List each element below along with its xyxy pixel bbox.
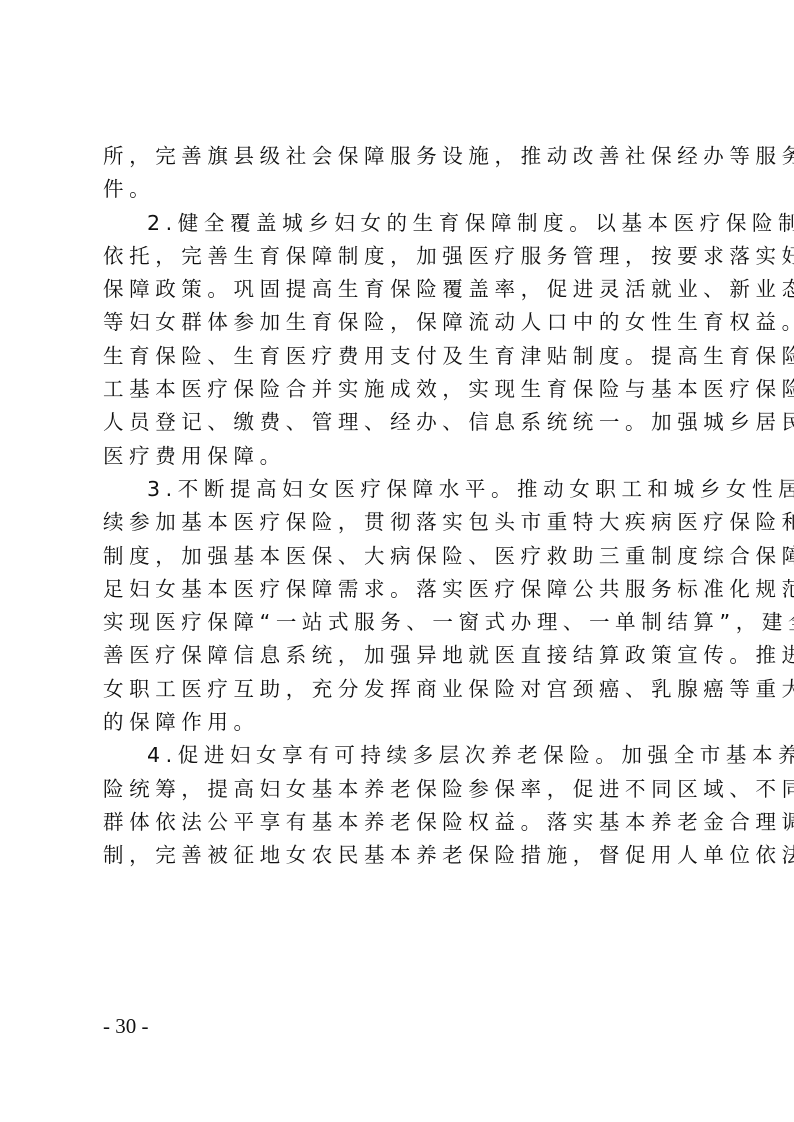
text-line: 依托，完善生育保障制度，加强医疗服务管理，按要求落实好生育 bbox=[103, 240, 695, 273]
text-line: 人员登记、缴费、管理、经办、信息系统统一。加强城乡居民生育 bbox=[103, 406, 695, 439]
page-number: - 30 - bbox=[103, 1014, 149, 1039]
text-line: 所，完善旗县级社会保障服务设施，推动改善社保经办等服务条 bbox=[103, 140, 695, 173]
paragraph-pension-insurance: 4.促进妇女享有可持续多层次养老保险。加强全市基本养老保 险统筹，提高妇女基本养… bbox=[103, 739, 695, 872]
paragraph-medical-insurance: 3.不断提高妇女医疗保障水平。推动女职工和城乡女性居民持 续参加基本医疗保险，贯… bbox=[103, 473, 695, 739]
document-page: 所，完善旗县级社会保障服务设施，推动改善社保经办等服务条 件。 2.健全覆盖城乡… bbox=[0, 0, 794, 1122]
text-line: 制，完善被征地女农民基本养老保险措施，督促用人单位依法为女 bbox=[103, 839, 695, 872]
text-line: 生育保险、生育医疗费用支付及生育津贴制度。提高生育保险与职 bbox=[103, 340, 695, 373]
paragraph-maternity-insurance: 2.健全覆盖城乡妇女的生育保障制度。以基本医疗保险制度为 依托，完善生育保障制度… bbox=[103, 207, 695, 473]
text-line: 制度，加强基本医保、大病保险、医疗救助三重制度综合保障，满 bbox=[103, 540, 695, 573]
text-line: 的保障作用。 bbox=[103, 706, 695, 739]
text-line: 件。 bbox=[103, 173, 695, 206]
text-line: 等妇女群体参加生育保险，保障流动人口中的女性生育权益。落实 bbox=[103, 306, 695, 339]
text-line: 4.促进妇女享有可持续多层次养老保险。加强全市基本养老保 bbox=[103, 739, 695, 772]
text-line: 险统筹，提高妇女基本养老保险参保率，促进不同区域、不同妇女 bbox=[103, 773, 695, 806]
paragraph-continuation: 所，完善旗县级社会保障服务设施，推动改善社保经办等服务条 件。 bbox=[103, 140, 695, 207]
text-line: 善医疗保障信息系统，加强异地就医直接结算政策宣传。推进建立 bbox=[103, 639, 695, 672]
text-line: 女职工医疗互助，充分发挥商业保险对宫颈癌、乳腺癌等重大疾病 bbox=[103, 673, 695, 706]
text-line: 医疗费用保障。 bbox=[103, 440, 695, 473]
text-line: 保障政策。巩固提高生育保险覆盖率，促进灵活就业、新业态就业 bbox=[103, 273, 695, 306]
text-line: 群体依法公平享有基本养老保险权益。落实基本养老金合理调整机 bbox=[103, 806, 695, 839]
text-line: 足妇女基本医疗保障需求。落实医疗保障公共服务标准化规范化， bbox=[103, 573, 695, 606]
body-text: 所，完善旗县级社会保障服务设施，推动改善社保经办等服务条 件。 2.健全覆盖城乡… bbox=[103, 140, 695, 873]
text-line: 续参加基本医疗保险，贯彻落实包头市重特大疾病医疗保险和救助 bbox=[103, 506, 695, 539]
text-line: 实现医疗保障“一站式服务、一窗式办理、一单制结算”，建全完 bbox=[103, 606, 695, 639]
text-line: 3.不断提高妇女医疗保障水平。推动女职工和城乡女性居民持 bbox=[103, 473, 695, 506]
text-line: 工基本医疗保险合并实施成效，实现生育保险与基本医疗保险参保 bbox=[103, 373, 695, 406]
text-line: 2.健全覆盖城乡妇女的生育保障制度。以基本医疗保险制度为 bbox=[103, 207, 695, 240]
